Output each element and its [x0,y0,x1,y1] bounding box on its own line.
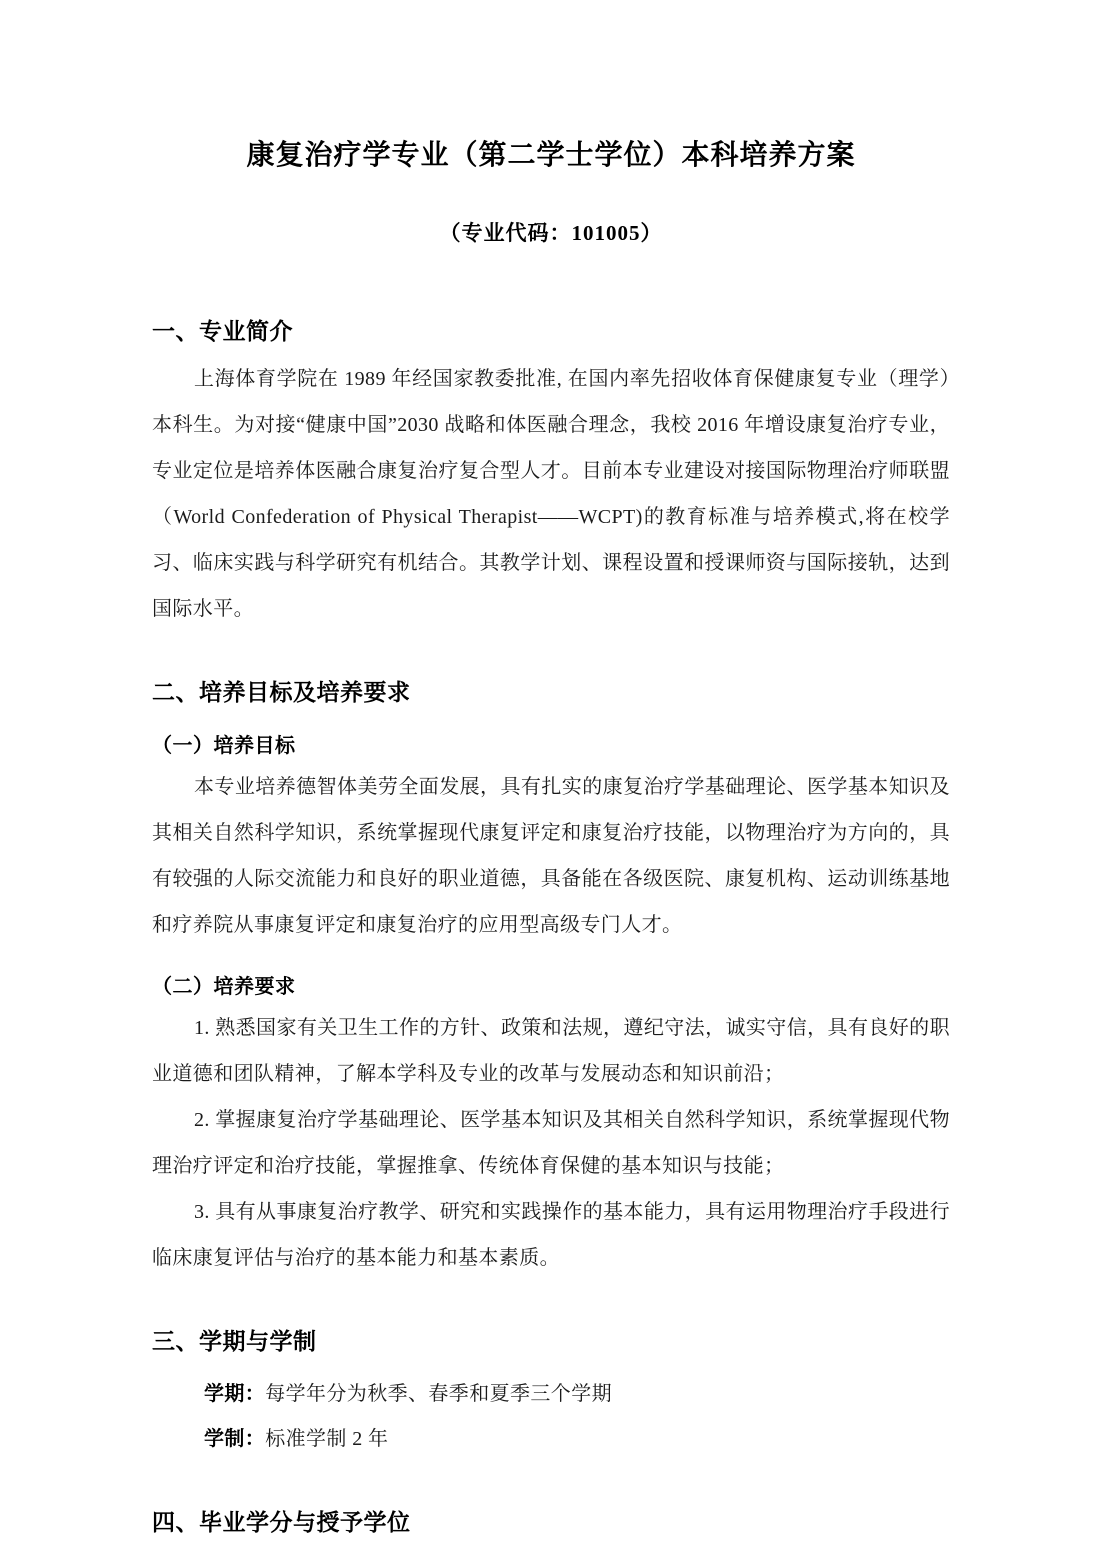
system-value: 标准学制 2 年 [265,1428,388,1450]
section-heading-graduation: 四、毕业学分与授予学位 [152,1504,950,1537]
semester-label: 学期： [204,1383,265,1405]
requirement-item-1: 1. 熟悉国家有关卫生工作的方针、政策和法规，遵纪守法，诚实守信，具有良好的职业… [152,1005,950,1097]
requirement-item-3: 3. 具有从事康复治疗教学、研究和实践操作的基本能力，具有运用物理治疗手段进行临… [152,1189,950,1281]
goal-paragraph: 本专业培养德智体美劳全面发展，具有扎实的康复治疗学基础理论、医学基本知识及其相关… [152,764,950,948]
subsection-heading-goal: （一）培养目标 [152,729,950,758]
subsection-heading-requirements: （二）培养要求 [152,970,950,999]
semester-value: 每学年分为秋季、春季和夏季三个学期 [265,1383,612,1405]
semester-line: 学期：每学年分为秋季、春季和夏季三个学期 [152,1372,950,1417]
system-line: 学制：标准学制 2 年 [152,1417,950,1462]
document-page: 康复治疗学专业（第二学士学位）本科培养方案 （专业代码：101005） 一、专业… [0,0,1102,1559]
system-label: 学制： [204,1428,265,1450]
intro-paragraph: 上海体育学院在 1989 年经国家教委批准, 在国内率先招收体育保健康复专业（理… [152,356,950,632]
section-heading-objectives: 二、培养目标及培养要求 [152,674,950,707]
section-heading-schedule: 三、学期与学制 [152,1323,950,1356]
document-subtitle: （专业代码：101005） [152,217,950,247]
requirement-item-2: 2. 掌握康复治疗学基础理论、医学基本知识及其相关自然科学知识，系统掌握现代物理… [152,1097,950,1189]
document-title: 康复治疗学专业（第二学士学位）本科培养方案 [152,136,950,175]
section-heading-intro: 一、专业简介 [152,313,950,346]
